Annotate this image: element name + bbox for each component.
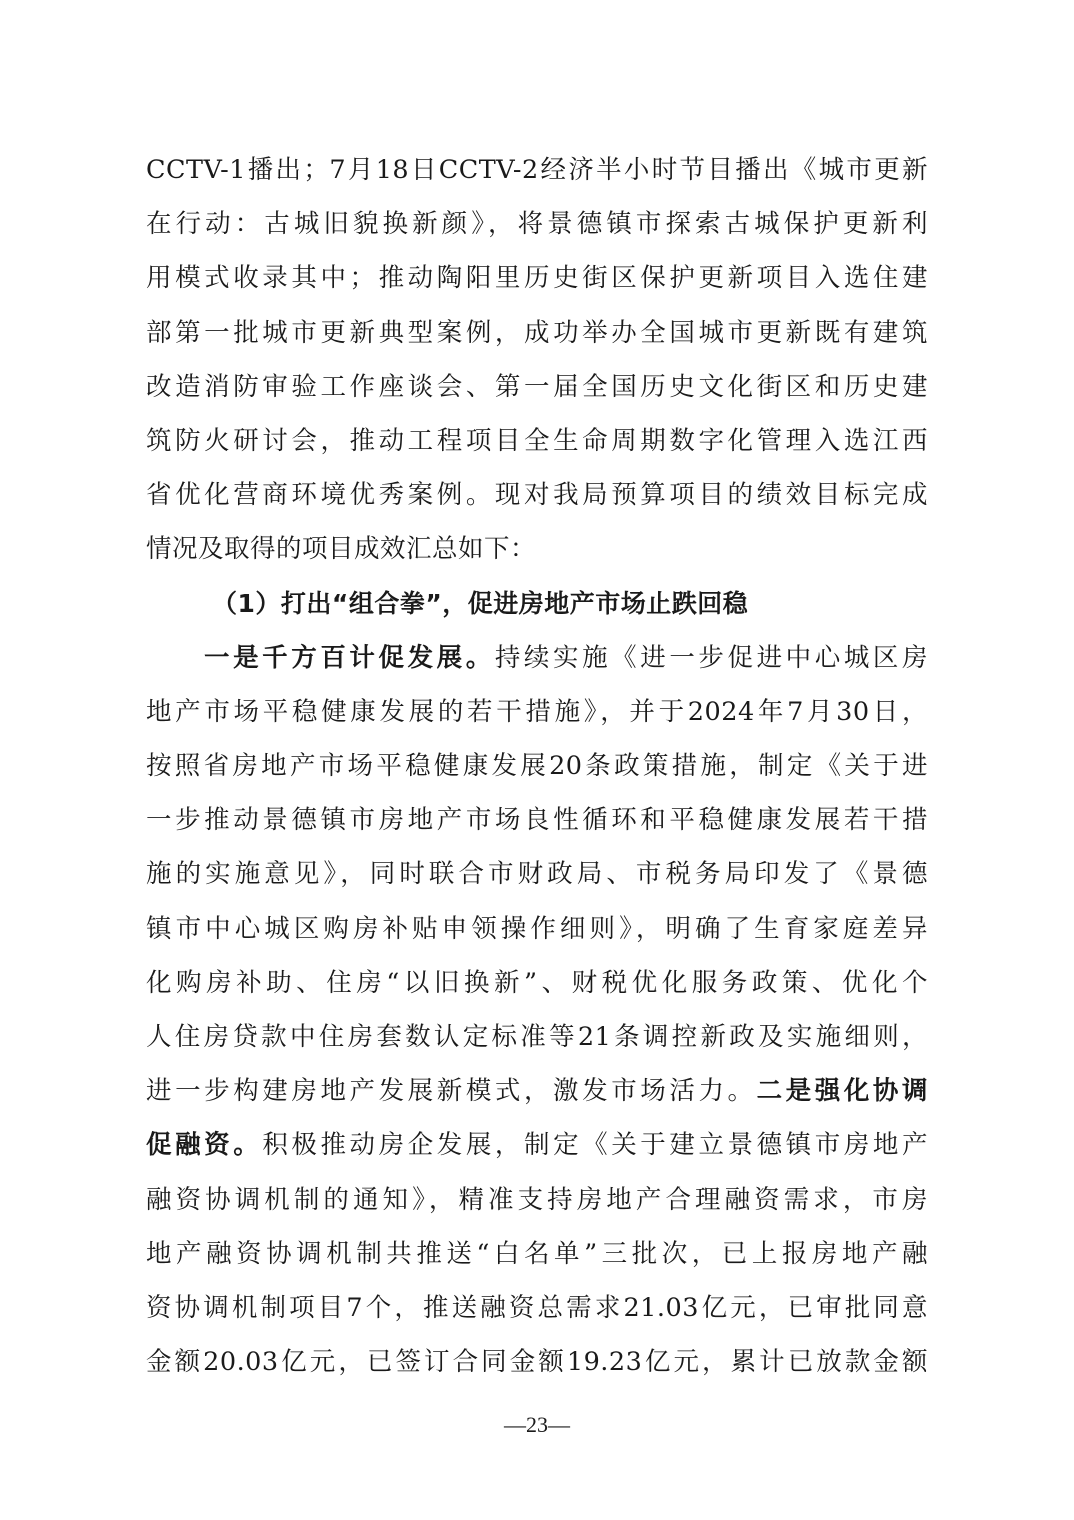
text-line: 施的实施意见》，同时联合市财政局、市税务局印发了《景德: [146, 847, 928, 901]
section-heading: （1）打出“组合拳”，促进房地产市场止跌回稳: [146, 577, 928, 631]
text-line: 用模式收录其中；推动陶阳里历史街区保护更新项目入选住建: [146, 251, 928, 305]
page-number: —23—: [0, 1412, 1074, 1438]
paragraph-first-line: 一是千方百计促发展。持续实施《进一步促进中心城区房: [146, 631, 928, 685]
text-line: 金额20.03亿元，已签订合同金额19.23亿元，累计已放款金额: [146, 1335, 928, 1389]
text-line: 融资协调机制的通知》，精准支持房地产合理融资需求，市房: [146, 1173, 928, 1227]
text-span: 进一步构建房地产发展新模式，激发市场活力。: [146, 1076, 757, 1106]
text-line: 镇市中心城区购房补贴申领操作细则》，明确了生育家庭差异: [146, 902, 928, 956]
text-line: 人住房贷款中住房套数认定标准等21条调控新政及实施细则，: [146, 1010, 928, 1064]
text-line-mixed: 进一步构建房地产发展新模式，激发市场活力。二是强化协调: [146, 1064, 928, 1118]
text-line: 改造消防审验工作座谈会、第一届全国历史文化街区和历史建: [146, 360, 928, 414]
bold-lead: 促融资。: [146, 1130, 262, 1160]
text-line: 情况及取得的项目成效汇总如下：: [146, 522, 928, 576]
text-line: 在行动：古城旧貌换新颜》，将景德镇市探索古城保护更新利: [146, 197, 928, 251]
text-line: 部第一批城市更新典型案例，成功举办全国城市更新既有建筑: [146, 306, 928, 360]
text-line: 资协调机制项目7个，推送融资总需求21.03亿元，已审批同意: [146, 1281, 928, 1335]
bold-lead: 一是千方百计促发展。: [204, 643, 495, 673]
text-line: 按照省房地产市场平稳健康发展20条政策措施，制定《关于进: [146, 739, 928, 793]
text-line: CCTV-1播出；7月18日CCTV-2经济半小时节目播出《城市更新: [146, 143, 928, 197]
text-span: 积极推动房企发展，制定《关于建立景德镇市房地产: [262, 1130, 928, 1160]
bold-lead: 二是强化协调: [757, 1076, 928, 1106]
text-line: 省优化营商环境优秀案例。现对我局预算项目的绩效目标完成: [146, 468, 928, 522]
text-span: 持续实施《进一步促进中心城区房: [495, 643, 928, 673]
text-line: 化购房补助、住房“以旧换新”、财税优化服务政策、优化个: [146, 956, 928, 1010]
text-line-mixed: 促融资。积极推动房企发展，制定《关于建立景德镇市房地产: [146, 1118, 928, 1172]
document-page: CCTV-1播出；7月18日CCTV-2经济半小时节目播出《城市更新 在行动：古…: [146, 143, 928, 1389]
text-line: 一步推动景德镇市房地产市场良性循环和平稳健康发展若干措: [146, 793, 928, 847]
text-line: 筑防火研讨会，推动工程项目全生命周期数字化管理入选江西: [146, 414, 928, 468]
text-line: 地产融资协调机制共推送“白名单”三批次，已上报房地产融: [146, 1227, 928, 1281]
text-line: 地产市场平稳健康发展的若干措施》，并于2024年7月30日，: [146, 685, 928, 739]
